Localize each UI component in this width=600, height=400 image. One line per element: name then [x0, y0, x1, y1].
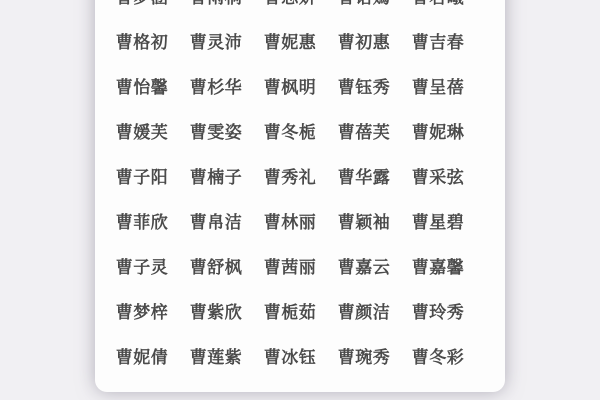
name-item: 曹枫明 [264, 73, 317, 98]
name-item: 曹子灵 [116, 253, 169, 278]
name-item: 曹紫欣 [190, 298, 243, 323]
name-item: 曹嘉馨 [412, 253, 465, 278]
name-item: 曹钰秀 [338, 73, 391, 98]
name-item: 曹梦梓 [116, 298, 169, 323]
name-row: 曹媛芙曹雯姿曹冬栀曹蓓芙曹妮琳 [105, 108, 475, 153]
name-item: 曹格初 [116, 28, 169, 53]
name-item: 曹颜洁 [338, 298, 391, 323]
name-item: 曹灵沛 [190, 28, 243, 53]
name-item: 曹怡馨 [116, 73, 169, 98]
name-item: 曹妮惠 [264, 28, 317, 53]
name-item: 曹妮倩 [116, 343, 169, 368]
name-item: 曹子阳 [116, 163, 169, 188]
name-grid: 曹梦涵曹雨桐曹思妍曹语嫣曹若曦曹格初曹灵沛曹妮惠曹初惠曹吉春曹怡馨曹杉华曹枫明曹… [95, 0, 505, 392]
name-item: 曹思妍 [264, 0, 317, 8]
name-item: 曹颖袖 [338, 208, 391, 233]
name-item: 曹星碧 [412, 208, 465, 233]
name-row: 曹子灵曹舒枫曹茜丽曹嘉云曹嘉馨 [105, 243, 475, 288]
name-item: 曹梦涵 [116, 0, 169, 8]
name-row: 曹梦梓曹紫欣曹栀茹曹颜洁曹玲秀 [105, 288, 475, 333]
name-item: 曹语嫣 [338, 0, 391, 8]
name-row: 曹子阳曹楠子曹秀礼曹华露曹采弦 [105, 153, 475, 198]
name-item: 曹楠子 [190, 163, 243, 188]
name-item: 曹冬彩 [412, 343, 465, 368]
name-row: 曹怡馨曹杉华曹枫明曹钰秀曹呈蓓 [105, 63, 475, 108]
name-item: 曹吉春 [412, 28, 465, 53]
name-item: 曹雨桐 [190, 0, 243, 8]
name-row: 曹妮倩曹莲紫曹冰钰曹琬秀曹冬彩 [105, 333, 475, 378]
name-list-card: 曹梦涵曹雨桐曹思妍曹语嫣曹若曦曹格初曹灵沛曹妮惠曹初惠曹吉春曹怡馨曹杉华曹枫明曹… [95, 0, 505, 392]
name-item: 曹帛洁 [190, 208, 243, 233]
name-item: 曹华露 [338, 163, 391, 188]
name-item: 曹呈蓓 [412, 73, 465, 98]
name-item: 曹菲欣 [116, 208, 169, 233]
name-item: 曹蓓芙 [338, 118, 391, 143]
name-item: 曹妮琳 [412, 118, 465, 143]
name-row: 曹菲欣曹帛洁曹林丽曹颖袖曹星碧 [105, 198, 475, 243]
name-item: 曹媛芙 [116, 118, 169, 143]
name-item: 曹舒枫 [190, 253, 243, 278]
name-item: 曹冰钰 [264, 343, 317, 368]
name-item: 曹嘉云 [338, 253, 391, 278]
name-row: 曹格初曹灵沛曹妮惠曹初惠曹吉春 [105, 18, 475, 63]
page-background: 曹梦涵曹雨桐曹思妍曹语嫣曹若曦曹格初曹灵沛曹妮惠曹初惠曹吉春曹怡馨曹杉华曹枫明曹… [0, 0, 600, 400]
name-item: 曹林丽 [264, 208, 317, 233]
name-item: 曹采弦 [412, 163, 465, 188]
name-item: 曹若曦 [412, 0, 465, 8]
name-item: 曹秀礼 [264, 163, 317, 188]
name-item: 曹茜丽 [264, 253, 317, 278]
name-item: 曹冬栀 [264, 118, 317, 143]
name-item: 曹雯姿 [190, 118, 243, 143]
name-item: 曹初惠 [338, 28, 391, 53]
name-item: 曹栀茹 [264, 298, 317, 323]
name-item: 曹玲秀 [412, 298, 465, 323]
name-item: 曹杉华 [190, 73, 243, 98]
name-item: 曹琬秀 [338, 343, 391, 368]
name-item: 曹莲紫 [190, 343, 243, 368]
name-row-clipped: 曹梦涵曹雨桐曹思妍曹语嫣曹若曦 [105, 0, 475, 18]
